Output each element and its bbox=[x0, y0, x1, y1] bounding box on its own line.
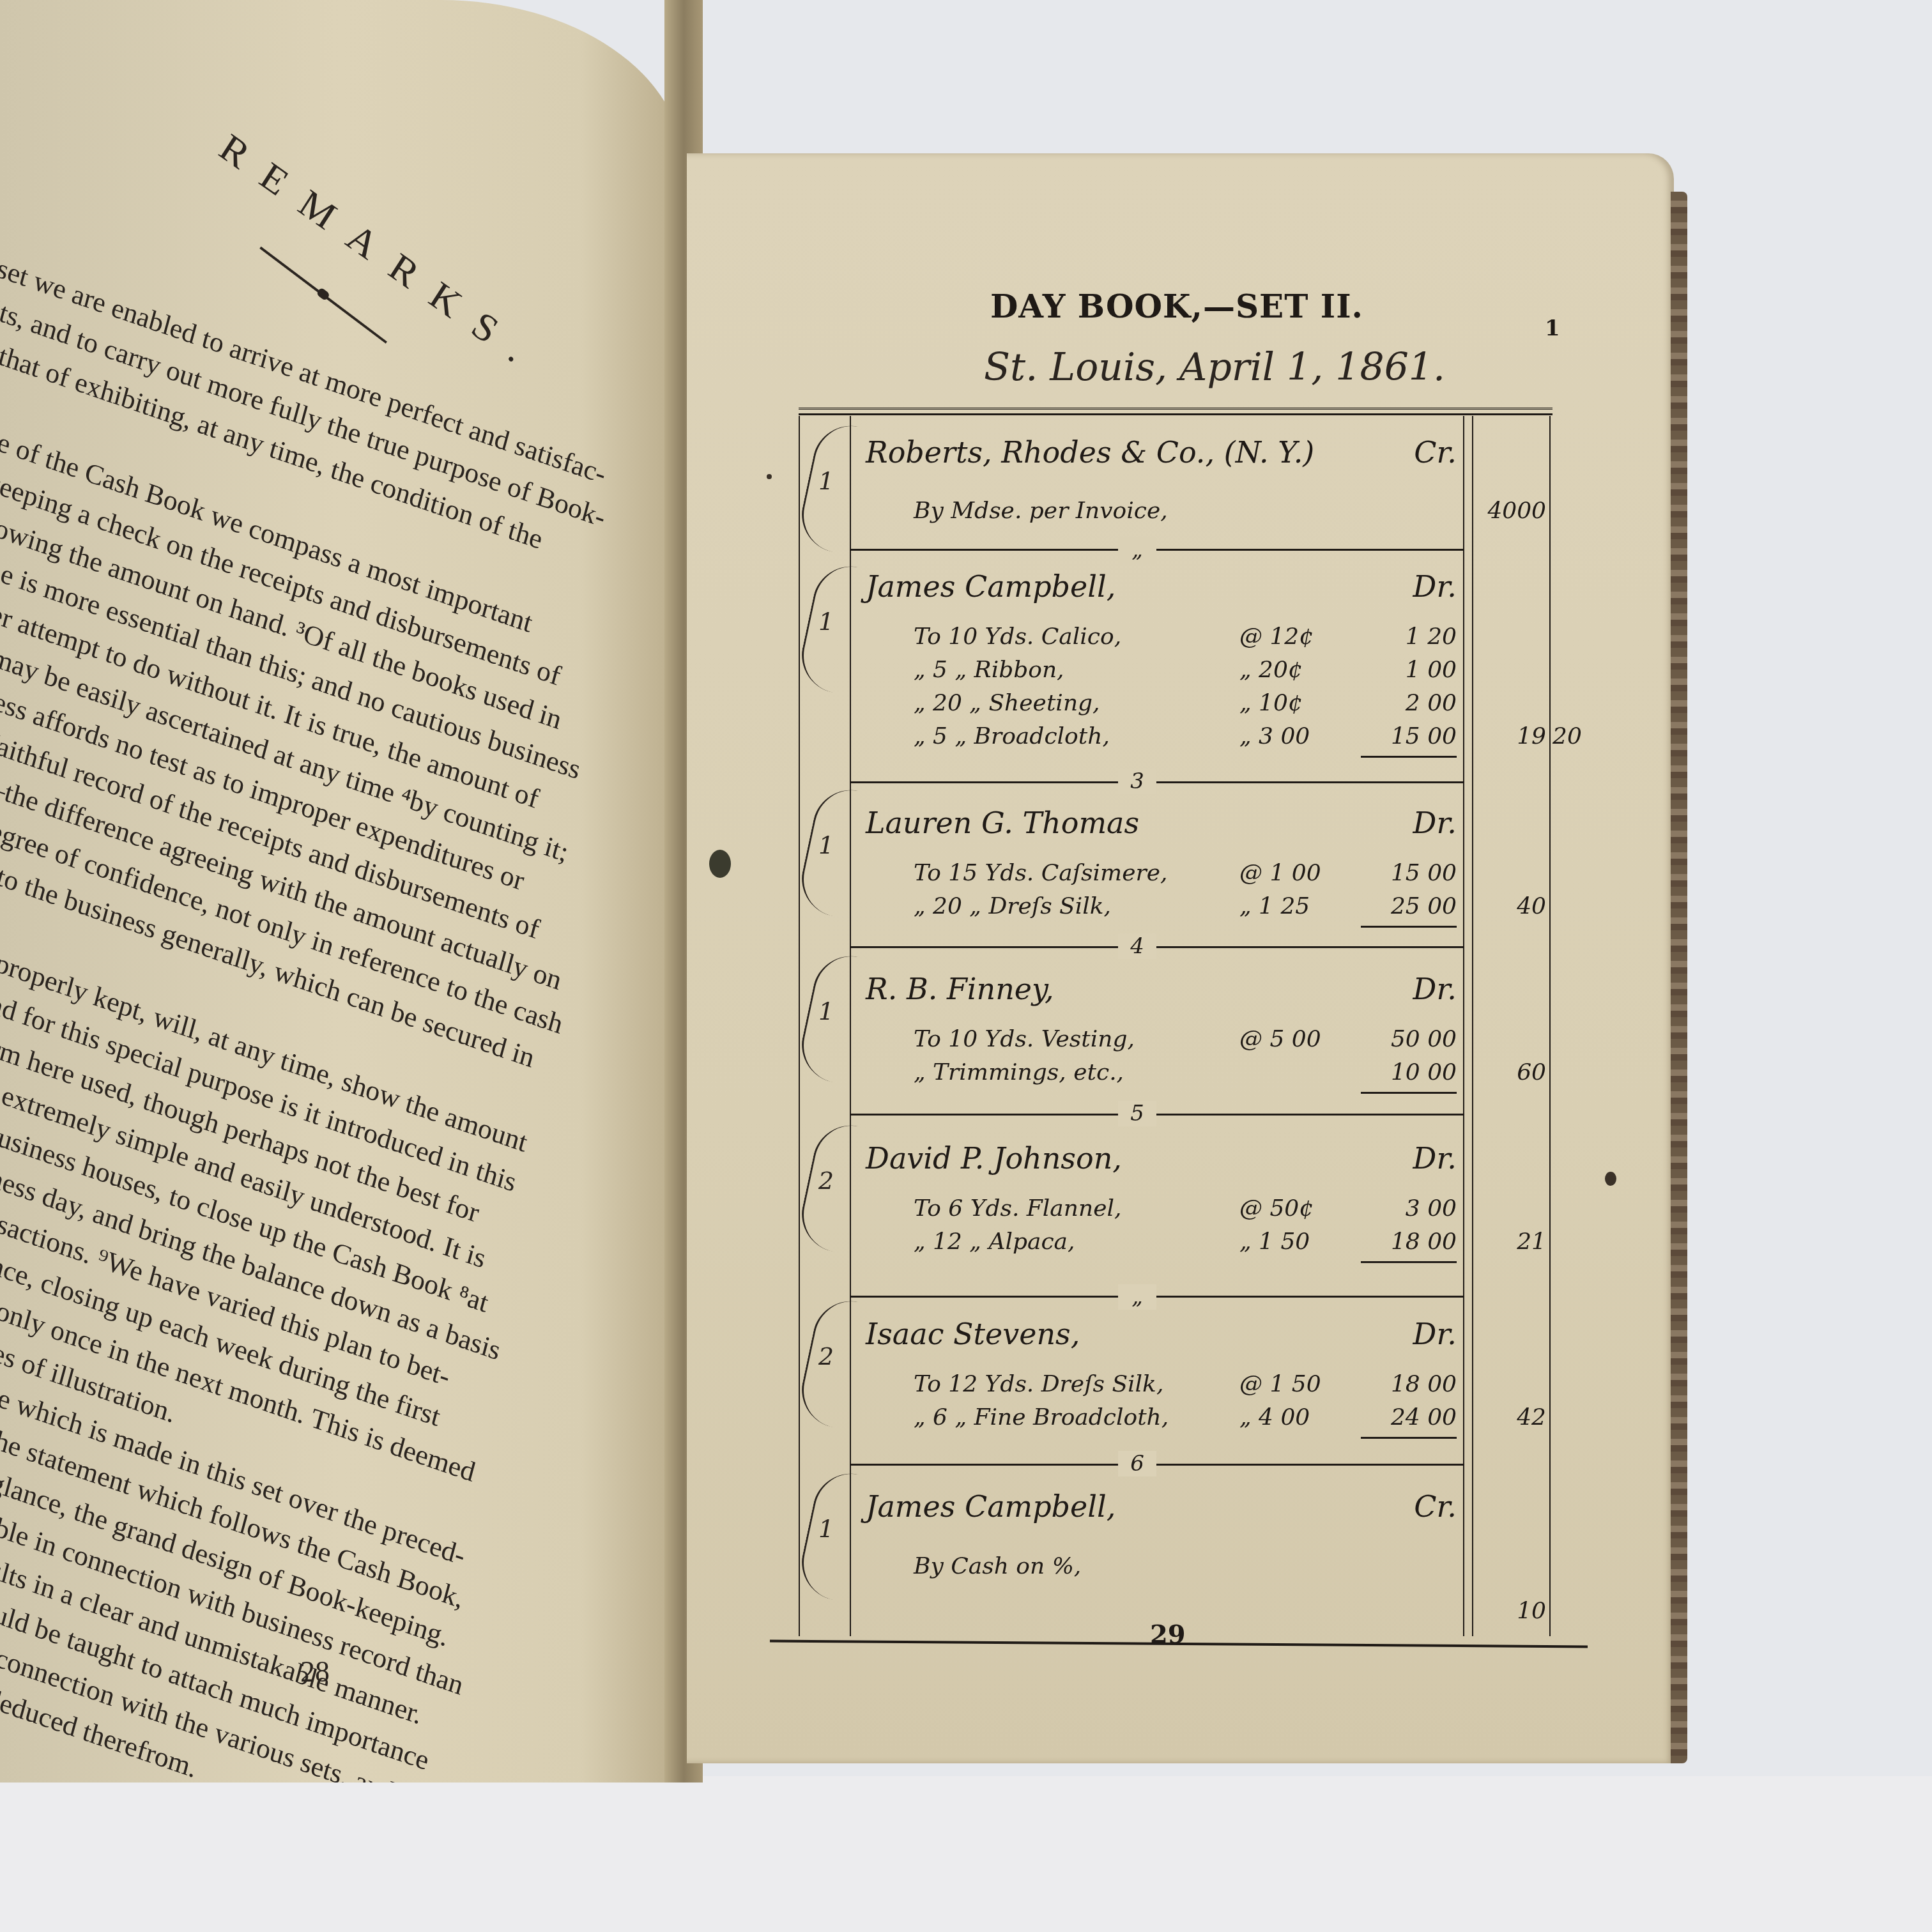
line-item: „ Trimmings, etc., bbox=[914, 1059, 1124, 1085]
entry-total: 60 bbox=[1476, 1059, 1546, 1085]
sum-underline bbox=[1361, 756, 1457, 758]
entry-total-cents: 20 bbox=[1552, 723, 1582, 749]
posting-ref: 2 bbox=[804, 1167, 848, 1195]
line-item: „ 5 „ Broadcloth, bbox=[914, 723, 1110, 749]
line-item: „ 20 „ Dreſs Silk, bbox=[914, 893, 1111, 919]
debit-credit-marker: Dr. bbox=[1386, 1317, 1457, 1351]
line-item: „ 5 „ Ribbon, bbox=[914, 657, 1064, 683]
line-amount: 10 00 bbox=[1361, 1059, 1457, 1085]
unit-rate: @ 1 50 bbox=[1239, 1371, 1335, 1397]
entry-separator bbox=[850, 781, 1463, 783]
table-surface bbox=[0, 1776, 1932, 1932]
account-name: R. B. Finney, bbox=[866, 972, 1054, 1006]
ink-dot bbox=[767, 474, 772, 479]
line-item: To 10 Yds. Vesting, bbox=[914, 1026, 1135, 1052]
line-amount: 24 00 bbox=[1361, 1404, 1457, 1430]
line-amount: 3 00 bbox=[1361, 1195, 1457, 1222]
entry-total: 42 bbox=[1476, 1404, 1546, 1430]
line-amount: 1 20 bbox=[1361, 624, 1457, 650]
debit-credit-marker: Dr. bbox=[1386, 1141, 1457, 1176]
folio-number: 1 bbox=[1545, 316, 1560, 341]
posting-ref: 1 bbox=[804, 831, 848, 859]
entry-separator bbox=[850, 1464, 1463, 1466]
entry-total: 19 bbox=[1476, 723, 1546, 749]
account-name: Lauren G. Thomas bbox=[866, 806, 1139, 840]
book-spine-edge bbox=[1671, 192, 1687, 1763]
line-amount: 1 00 bbox=[1361, 657, 1457, 683]
line-amount: 15 00 bbox=[1361, 860, 1457, 886]
right-page-number: 29 bbox=[1150, 1620, 1186, 1650]
entry-separator-label: 3 bbox=[1118, 769, 1156, 794]
entry-separator bbox=[850, 1114, 1463, 1115]
unit-rate: @ 12¢ bbox=[1239, 624, 1335, 650]
line-amount: 50 00 bbox=[1361, 1026, 1457, 1052]
unit-rate: @ 5 00 bbox=[1239, 1026, 1335, 1052]
line-item: To 12 Yds. Dreſs Silk, bbox=[914, 1371, 1163, 1397]
unit-rate: „ 20¢ bbox=[1239, 657, 1335, 683]
unit-rate: @ 50¢ bbox=[1239, 1195, 1335, 1222]
line-item: To 10 Yds. Calico, bbox=[914, 624, 1121, 650]
left-page-number: 28 bbox=[300, 1655, 330, 1689]
entry-separator bbox=[850, 549, 1463, 551]
remarks-body: this set we are enabled to arrive at mor… bbox=[0, 229, 604, 1771]
line-amount: 25 00 bbox=[1361, 893, 1457, 919]
unit-rate: „ 1 25 bbox=[1239, 893, 1335, 919]
line-item: By Cash on %, bbox=[914, 1553, 1081, 1579]
entry-separator-label: 4 bbox=[1118, 933, 1156, 959]
ledger-rule bbox=[799, 416, 800, 1636]
unit-rate: @ 1 00 bbox=[1239, 860, 1335, 886]
debit-credit-marker: Dr. bbox=[1386, 569, 1457, 604]
left-page-content: REMARKS. this set we are enabled to arri… bbox=[0, 38, 655, 160]
account-name: Isaac Stevens, bbox=[866, 1317, 1080, 1351]
line-item: „ 20 „ Sheeting, bbox=[914, 690, 1100, 716]
entry-separator-label: 5 bbox=[1118, 1101, 1156, 1126]
debit-credit-marker: Cr. bbox=[1386, 1489, 1457, 1524]
ink-blot bbox=[709, 850, 731, 878]
posting-ref: 2 bbox=[804, 1342, 848, 1370]
posting-ref: 1 bbox=[804, 1515, 848, 1543]
entry-total: 21 bbox=[1476, 1229, 1546, 1255]
account-name: James Campbell, bbox=[866, 569, 1115, 604]
line-amount: 15 00 bbox=[1361, 723, 1457, 749]
entry-total: 4000 bbox=[1476, 498, 1546, 524]
account-name: David P. Johnson, bbox=[866, 1141, 1122, 1176]
posting-ref: 1 bbox=[804, 608, 848, 636]
ink-dot bbox=[1605, 1172, 1616, 1186]
line-item: „ 6 „ Fine Broadcloth, bbox=[914, 1404, 1169, 1430]
unit-rate: „ 4 00 bbox=[1239, 1404, 1335, 1430]
page-title: DAY BOOK,—SET II. bbox=[990, 287, 1363, 325]
posting-ref: 1 bbox=[804, 467, 848, 495]
entry-separator bbox=[850, 946, 1463, 948]
account-name: James Campbell, bbox=[866, 1489, 1115, 1524]
line-item: „ 12 „ Alpaca, bbox=[914, 1229, 1075, 1255]
sum-underline bbox=[1361, 926, 1457, 928]
line-item: By Mdse. per Invoice, bbox=[914, 498, 1168, 524]
account-name: Roberts, Rhodes & Co., (N. Y.) bbox=[866, 435, 1314, 470]
line-item: To 6 Yds. Flannel, bbox=[914, 1195, 1121, 1222]
entry-total: 40 bbox=[1476, 893, 1546, 919]
debit-credit-marker: Dr. bbox=[1386, 972, 1457, 1006]
line-item: To 15 Yds. Caſsimere, bbox=[914, 860, 1167, 886]
entry-separator-label: „ bbox=[1118, 537, 1156, 563]
sum-underline bbox=[1361, 1261, 1457, 1263]
debit-credit-marker: Cr. bbox=[1386, 435, 1457, 470]
entry-total: 10 bbox=[1476, 1598, 1546, 1624]
unit-rate: „ 10¢ bbox=[1239, 690, 1335, 716]
line-amount: 2 00 bbox=[1361, 690, 1457, 716]
dateline: St. Louis, April 1, 1861. bbox=[984, 345, 1445, 390]
entry-separator bbox=[850, 1296, 1463, 1298]
left-page: REMARKS. this set we are enabled to arri… bbox=[0, 0, 684, 1782]
unit-rate: „ 1 50 bbox=[1239, 1229, 1335, 1255]
entry-separator-label: 6 bbox=[1118, 1451, 1156, 1476]
sum-underline bbox=[1361, 1092, 1457, 1094]
debit-credit-marker: Dr. bbox=[1386, 806, 1457, 840]
unit-rate: „ 3 00 bbox=[1239, 723, 1335, 749]
line-amount: 18 00 bbox=[1361, 1229, 1457, 1255]
day-book-ledger: 1 Roberts, Rhodes & Co., (N. Y.) Cr. By … bbox=[799, 408, 1552, 1636]
sum-underline bbox=[1361, 1437, 1457, 1439]
posting-ref: 1 bbox=[804, 997, 848, 1025]
entry-separator-label: „ bbox=[1118, 1284, 1156, 1310]
line-amount: 18 00 bbox=[1361, 1371, 1457, 1397]
ledger-rule bbox=[1472, 416, 1473, 1636]
ledger-rule bbox=[1549, 416, 1551, 1636]
ledger-rule bbox=[1463, 416, 1464, 1636]
